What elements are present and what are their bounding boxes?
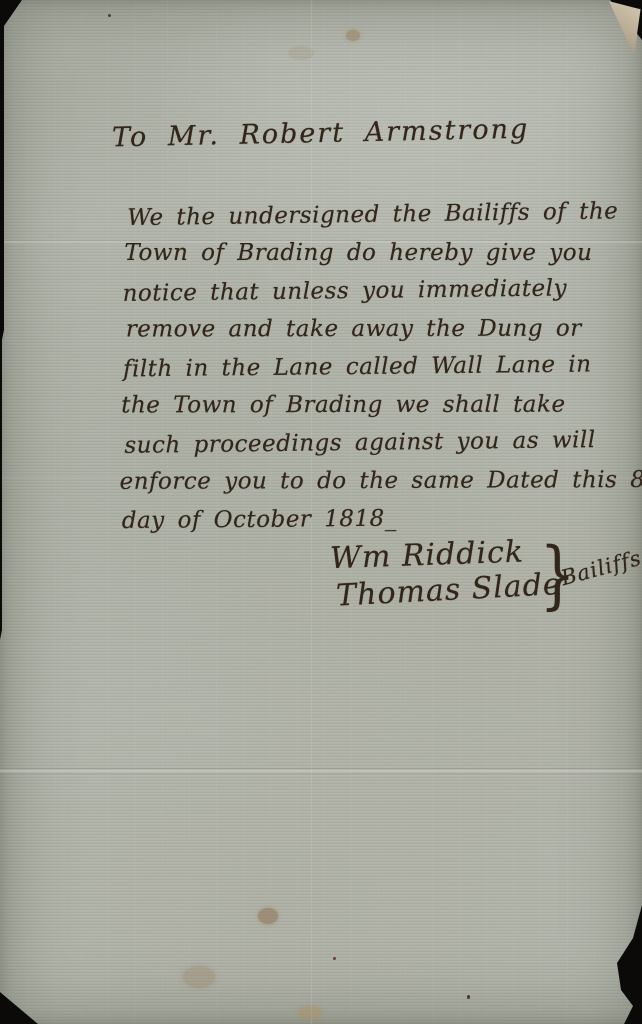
letter-paper: To Mr. Robert Armstrong We the undersign…: [0, 0, 642, 1024]
ink-speck: [108, 14, 111, 17]
fox-stain: [346, 30, 360, 41]
body-line: enforce you to do the same Dated this 8t…: [120, 461, 589, 501]
body-line: notice that unless you immediately: [122, 269, 587, 313]
fox-stain: [298, 1006, 322, 1020]
signature-block: Wm Riddick Thomas Slade } Bailiffs: [330, 536, 630, 636]
ink-speck: [467, 995, 470, 999]
body-line: filth in the Lane called Wall Lane in: [123, 346, 588, 389]
fox-stain: [288, 46, 314, 60]
fox-stain: [258, 908, 278, 924]
scan-background: { "document": { "kind": "handwritten let…: [0, 0, 642, 1024]
ink-speck: [333, 957, 336, 960]
body-line: remove and take away the Dung or: [126, 310, 588, 349]
salutation-line: To Mr. Robert Armstrong: [112, 114, 530, 154]
horizontal-fold-crease-bottom: [0, 768, 642, 774]
body-line: such proceedings against you as will: [124, 421, 588, 465]
body-line: Town of Brading do hereby give you: [124, 234, 587, 272]
body-line: We the undersigned the Bailiffs of the: [127, 193, 587, 237]
letter-body: We the undersigned the Bailiffs of the T…: [117, 195, 589, 539]
body-line: the Town of Brading we shall take: [121, 386, 588, 425]
fox-stain: [183, 966, 215, 988]
